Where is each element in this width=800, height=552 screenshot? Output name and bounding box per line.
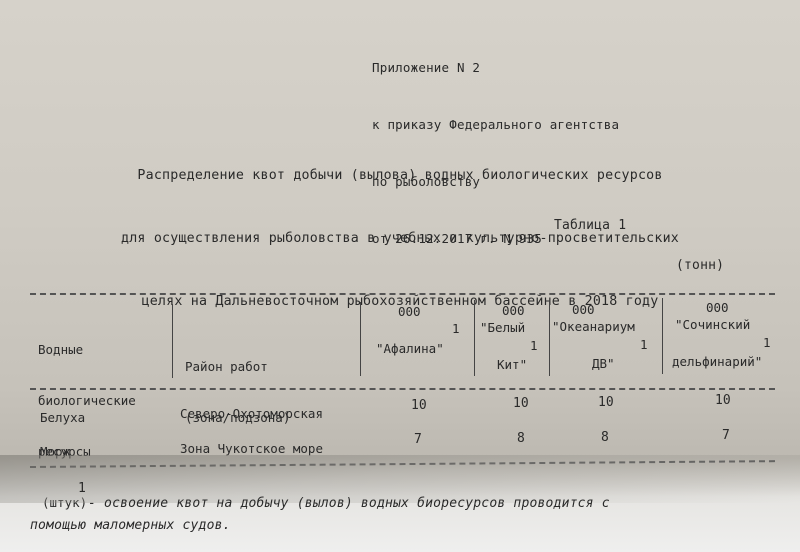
row-1-value-3: 10 <box>598 395 614 410</box>
title-line-2: для осуществления рыболовства в учебных … <box>0 228 800 249</box>
row-2-value-2: 8 <box>517 431 525 446</box>
row-1-value-1: 10 <box>411 398 427 413</box>
row-1-value-4: 10 <box>715 393 731 408</box>
org-4-prefix: 000 <box>706 299 729 316</box>
org-3-footnote: 1 <box>640 336 648 353</box>
org-2-prefix: 000 <box>502 302 525 319</box>
header-resource-line: Водные <box>38 341 136 358</box>
org-1-name: "Афалина" <box>376 340 444 357</box>
column-separator <box>662 298 663 374</box>
column-separator <box>172 304 173 378</box>
column-separator <box>360 302 361 376</box>
header-resource-line: биологические <box>38 392 136 409</box>
row-2-value-3: 8 <box>601 430 609 445</box>
row-1-resource: Белуха <box>40 409 85 426</box>
org-1-footnote: 1 <box>452 320 460 337</box>
org-1-prefix: 000 <box>398 303 421 320</box>
row-1-area: Северо-Охотоморская <box>180 405 323 422</box>
table-bottom-rule <box>30 460 775 468</box>
row-1-value-2: 10 <box>513 396 529 411</box>
org-2-name-line-1: "Белый <box>480 319 525 336</box>
org-2-name-line-2: Кит" <box>497 356 527 373</box>
org-4-name-line-1: "Сочинский <box>675 316 750 333</box>
org-4-footnote: 1 <box>763 334 771 351</box>
footnote-line-1: - освоение квот на добычу (вылов) водных… <box>88 496 610 511</box>
header-area: Район работ (зона/подзона) <box>185 324 290 443</box>
header-area-line: Район работ <box>185 358 290 375</box>
units-label: (тонн) <box>676 258 724 273</box>
org-4-name-line-2: дельфинарий" <box>672 353 762 370</box>
column-separator <box>549 300 550 376</box>
org-3-name-line-2: ДВ" <box>592 355 615 372</box>
org-3-prefix: 000 <box>572 301 595 318</box>
table-top-rule <box>30 293 775 295</box>
org-2-footnote: 1 <box>530 337 538 354</box>
document-title: Распределение квот добычи (вылова) водны… <box>0 123 800 333</box>
table-label: Таблица 1 <box>554 218 626 233</box>
footnote-line-2: помощью маломерных судов. <box>30 518 231 533</box>
header-bottom-rule <box>30 388 775 390</box>
row-2-value-1: 7 <box>414 432 422 447</box>
title-line-1: Распределение квот добычи (вылова) водны… <box>0 165 800 186</box>
row-2-resource: Морж <box>40 443 70 460</box>
row-2-area: Зона Чукотское море <box>180 440 323 457</box>
row-2-value-4: 7 <box>722 428 730 443</box>
appendix-line-1: Приложение N 2 <box>372 58 619 77</box>
column-separator <box>474 300 475 376</box>
org-3-name-line-1: "Океанариум <box>552 318 635 335</box>
footnote-marker: 1 <box>78 481 86 496</box>
